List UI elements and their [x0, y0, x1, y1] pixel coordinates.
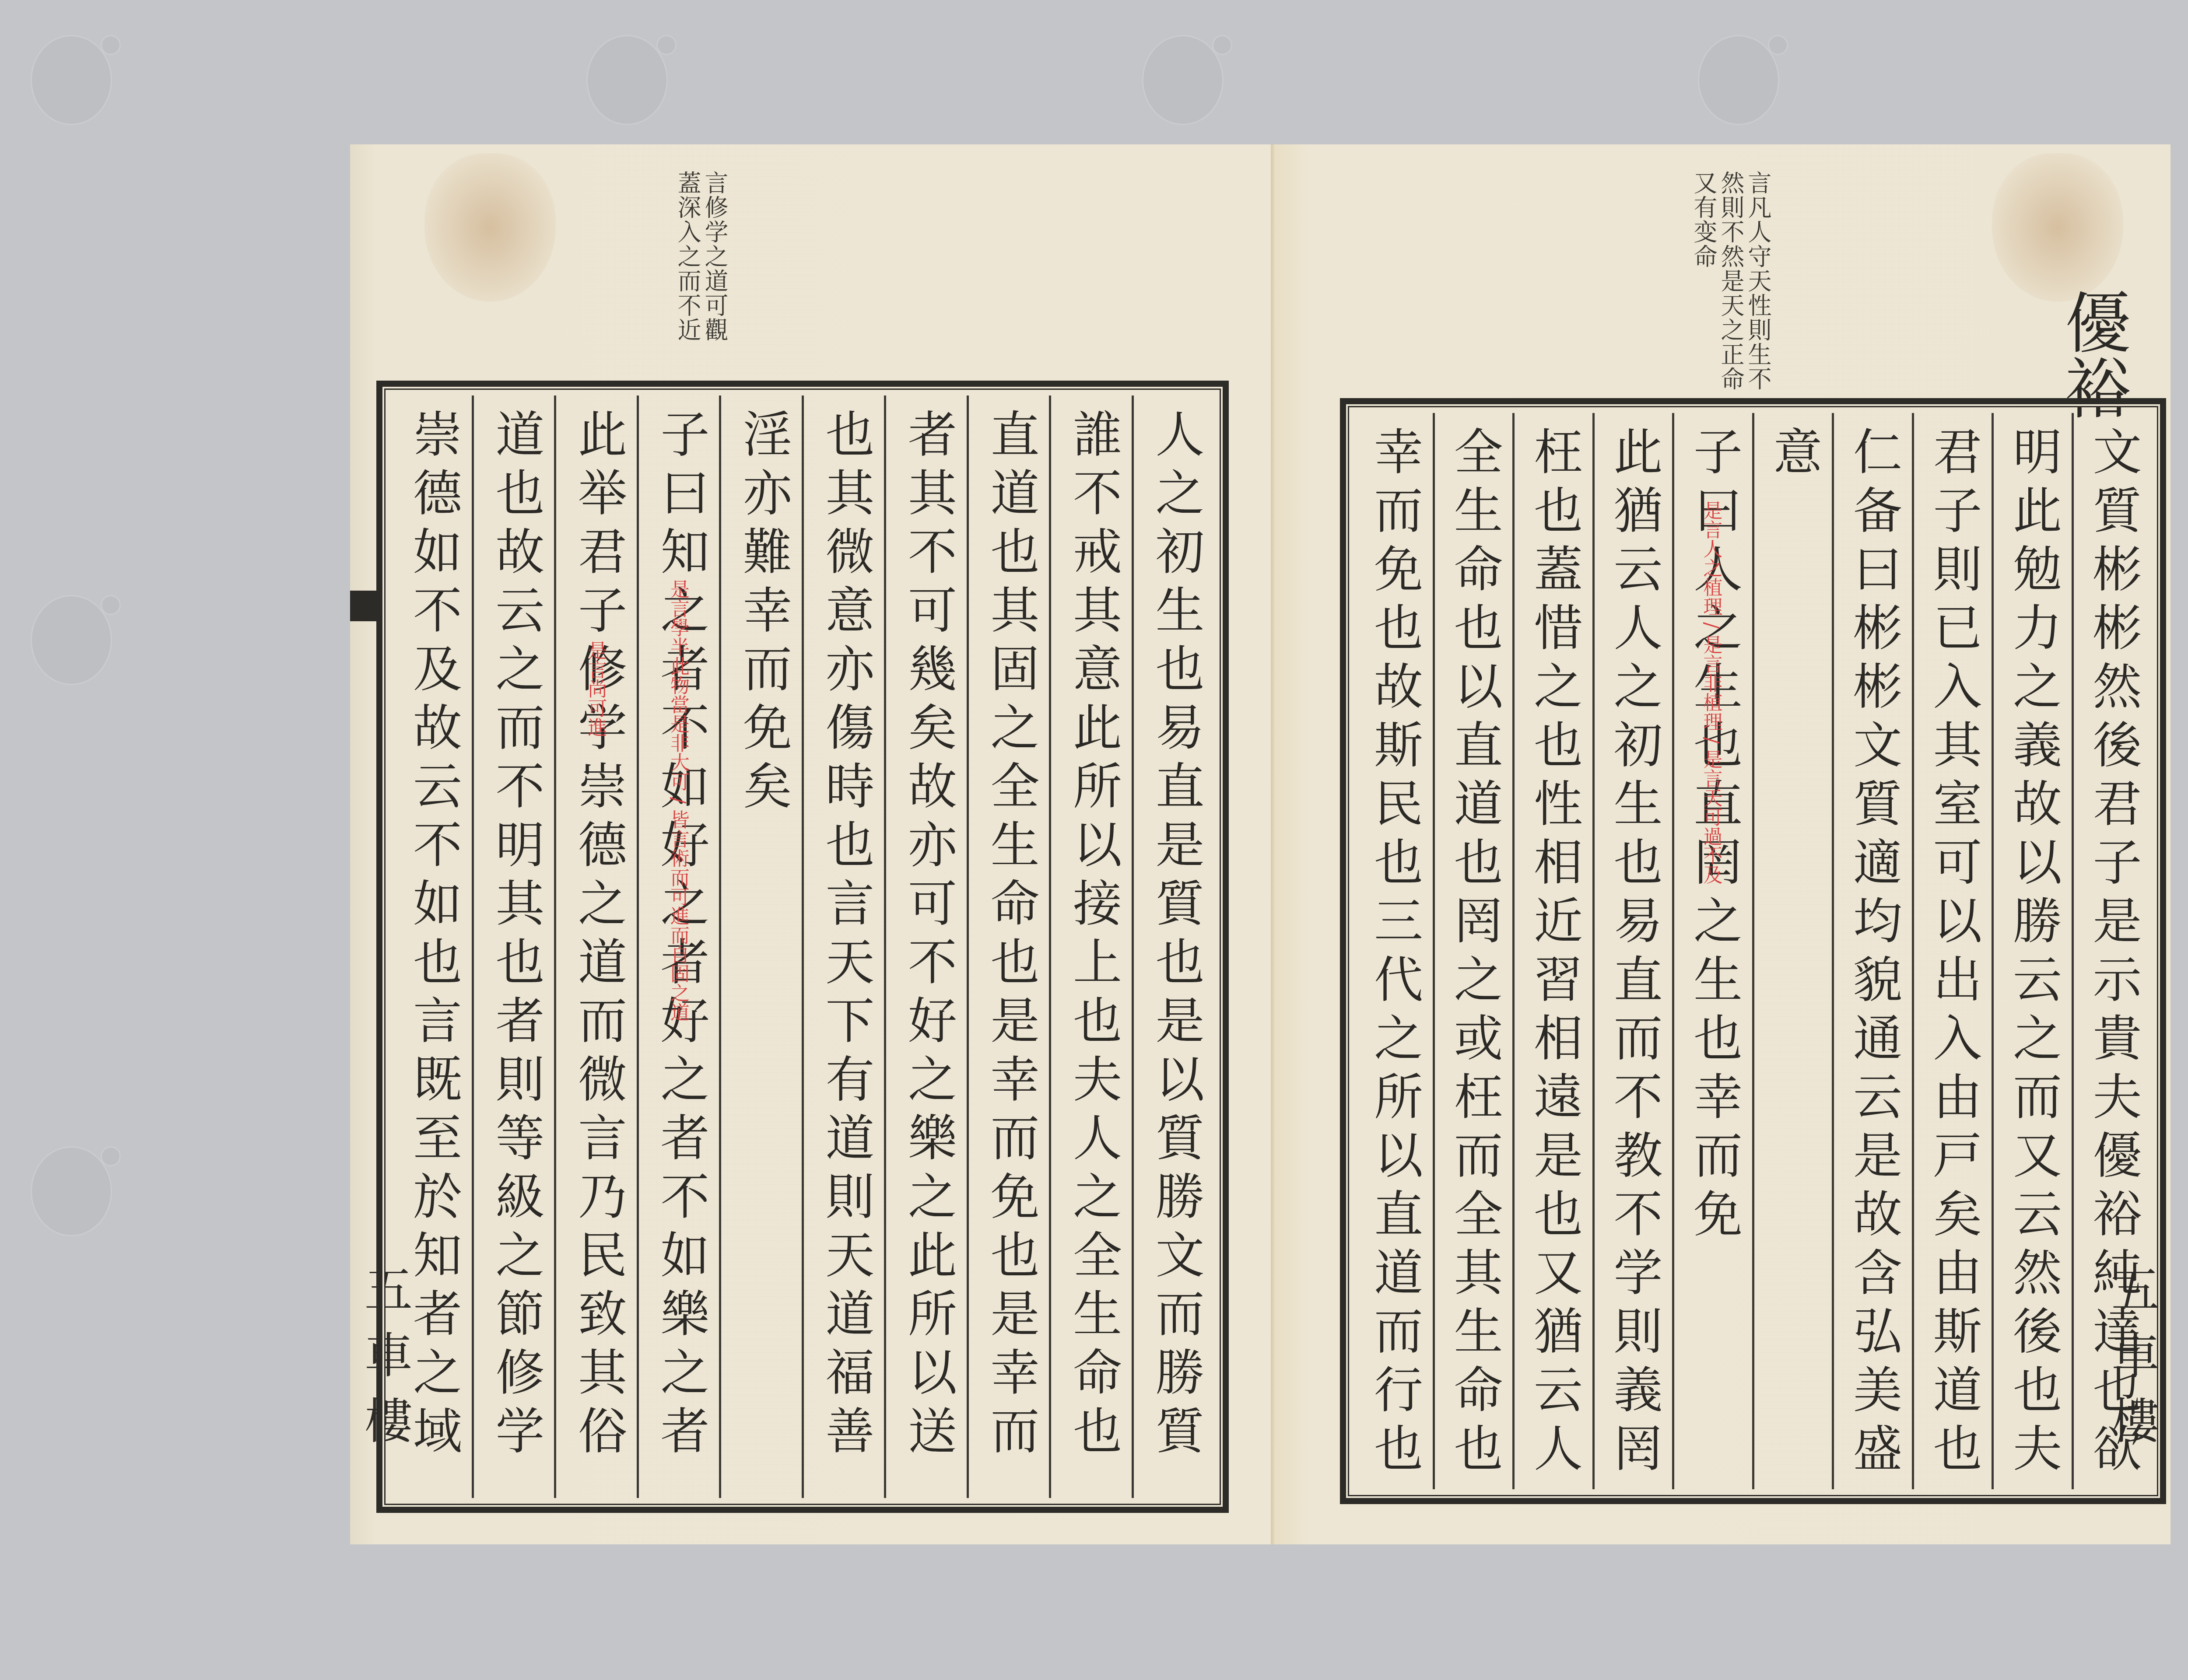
red-annotation: 是言人之植理 / 是言非植理 / 是言天可過不及: [1673, 500, 1750, 885]
text-column: 君子則已入其室可以出入由戸矣由斯道也: [1912, 413, 1992, 1489]
text-column: 人之初生也易直是質也是以質勝文而勝質則: [1132, 395, 1214, 1498]
left-headnote: 言修学之道可觀 蓋深入之而不近: [674, 171, 728, 342]
right-headnote: 言凡人守天性則生不 然則不然是天之正命 又有变命: [1690, 171, 1771, 391]
watermark-logo: [1125, 17, 1238, 131]
text-column: 全生命也以直道也罔之或枉而全其生命也是: [1433, 413, 1513, 1489]
right-page: 言凡人守天性則生不 然則不然是天之正命 又有变命 優裕 五車樓 文質彬彬然後君子…: [1274, 144, 2170, 1544]
text-column: 幸而免也故斯民也三代之所以直道而行也夫: [1355, 413, 1433, 1489]
watermark-logo: [569, 17, 683, 131]
text-column: 也其微意亦傷時也言天下有道則天道福善禍: [802, 395, 884, 1498]
text-column: 子曰知之者不如好之者好之者不如樂之者是言學半此物當是非大可 / 皆言術而可進而自…: [637, 395, 719, 1498]
right-text-frame: 文質彬彬然後君子是示貴夫優裕純達也欲 明此勉力之義故以勝云之而又云然後也夫既 君…: [1340, 398, 2166, 1504]
text-column: 此举君子修学崇德之道而微言乃民致其俗之是言尚可進: [554, 395, 637, 1498]
watermark-logo: [13, 17, 127, 131]
text-column: 誰不戒其意此所以接上也夫人之全生命也以: [1049, 395, 1132, 1498]
left-page: 言修学之道可觀 蓋深入之而不近 五車樓 人之初生也易直是質也是以質勝文而勝質則 …: [350, 144, 1274, 1544]
water-stain: [1992, 153, 2123, 302]
left-text-frame: 人之初生也易直是質也是以質勝文而勝質則 誰不戒其意此所以接上也夫人之全生命也以 …: [376, 381, 1229, 1513]
red-annotation: 是言學半此物當是非大可 / 皆言術而可進而自固之道: [640, 579, 716, 1022]
text-column: 此猶云人之初生也易直而不教不学則義罔之: [1592, 413, 1673, 1489]
open-book: 言修学之道可觀 蓋深入之而不近 五車樓 人之初生也易直是質也是以質勝文而勝質則 …: [350, 131, 2170, 1557]
text-columns: 文質彬彬然後君子是示貴夫優裕純達也欲 明此勉力之義故以勝云之而又云然後也夫既 君…: [1355, 413, 2151, 1489]
text-column: 意: [1752, 413, 1832, 1489]
text-column: 明此勉力之義故以勝云之而又云然後也夫既: [1992, 413, 2072, 1489]
text-column: 枉也蓋惜之也性相近習相遠是也又猶云人之: [1512, 413, 1592, 1489]
headnote-line: 蓋深入之而不近: [674, 171, 701, 342]
headnote-line: 然則不然是天之正命: [1717, 171, 1745, 391]
text-column: 子曰人之生也直罔之生也幸而免是言人之植理 / 是言非植理 / 是言天可過不及: [1672, 413, 1752, 1489]
watermark-logo: [1680, 17, 1794, 131]
text-column: 直道也其固之全生命也是幸而免也是幸而免: [967, 395, 1049, 1498]
text-column: 淫亦難幸而免矣: [719, 395, 802, 1498]
red-annotation: 是言尚可進: [558, 640, 634, 737]
text-column: 崇德如不及故云不如也言既至於知者之域則: [391, 395, 472, 1498]
water-stain: [424, 153, 556, 302]
watermark-logo: [13, 577, 127, 691]
watermark-logo: [13, 1129, 127, 1242]
headnote-line: 又有变命: [1690, 171, 1718, 269]
text-columns: 人之初生也易直是質也是以質勝文而勝質則 誰不戒其意此所以接上也夫人之全生命也以 …: [391, 395, 1214, 1498]
headnote-line: 言修学之道可觀: [701, 171, 729, 342]
text-column: 仁备曰彬彬文質適均貌通云是故含弘美盛之: [1832, 413, 1912, 1489]
headnote-line: 言凡人守天性則生不: [1744, 171, 1772, 391]
text-column: 道也故云之而不明其也者則等級之節修学: [472, 395, 554, 1498]
text-column: 者其不可幾矣故亦可不好之樂之此所以送下: [884, 395, 967, 1498]
text-column: 文質彬彬然後君子是示貴夫優裕純達也欲: [2072, 413, 2152, 1489]
